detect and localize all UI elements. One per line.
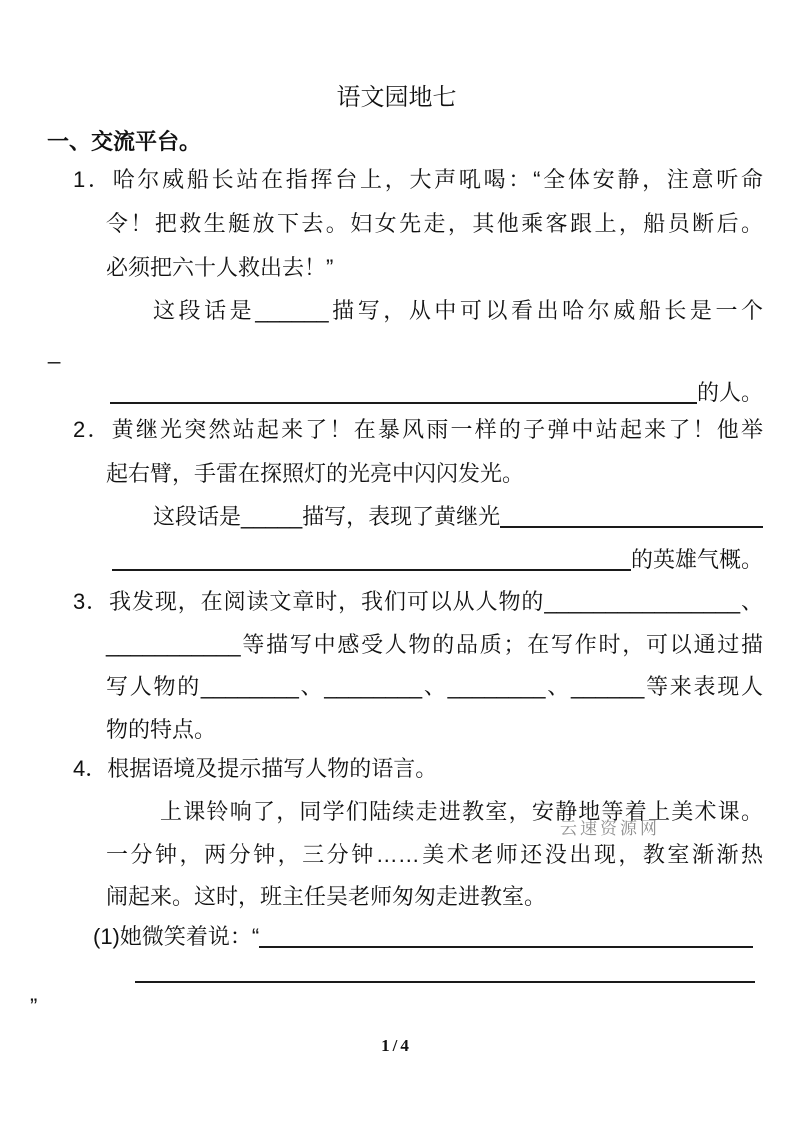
item4-text-line1: 4．根据语境及提示描写人物的语言。: [73, 755, 437, 782]
answer-blank-line: [500, 525, 763, 528]
closing-quote: ”: [30, 993, 37, 1020]
item1-text-line1: 1．哈尔威船长站在指挥台上，大声吼喝：“全体安静，注意听命: [73, 166, 763, 193]
item2-text-line2: 起右臂，手雷在探照灯的光亮中闪闪发光。: [106, 460, 524, 487]
item1-text-line2: 令！把救生艇放下去。妇女先走，其他乘客跟上，船员断后。: [106, 210, 763, 237]
item4-paragraph-line1: 上课铃响了，同学们陆续走进教室，安静地等着上美术课。: [160, 798, 763, 825]
item1-answer-prompt: 这段话是______描写，从中可以看出哈尔威船长是一个: [153, 297, 763, 324]
item2-answer-tail-text: 的英雄气概。: [631, 546, 763, 573]
worksheet-page: 云速资源网 语文园地七 一、交流平台。 1．哈尔威船长站在指挥台上，大声吼喝：“…: [0, 0, 793, 1122]
item4-q1-prefix-text: (1)她微笑着说：“: [93, 923, 259, 950]
item3-text-line4: 物的特点。: [106, 716, 216, 743]
item1-text-line3: 必须把六十人救出去！”: [106, 254, 333, 281]
item2-answer-tail-line: 的英雄气概。: [112, 546, 763, 573]
answer-blank-line: [112, 568, 631, 571]
item2-answer-prompt-line: 这段话是_____描写，表现了黄继光: [153, 503, 763, 530]
item3-text-line2: ___________等描写中感受人物的品质；在写作时，可以通过描: [106, 631, 763, 658]
item4-paragraph-line2: 一分钟，两分钟，三分钟……美术老师还没出现，教室渐渐热: [106, 841, 763, 868]
q1-continuation-blank-line: [135, 981, 755, 983]
item2-answer-prompt-text: 这段话是_____描写，表现了黄继光: [153, 503, 500, 530]
answer-blank-line: [259, 945, 753, 948]
item3-text-line3: 写人物的________、________、________、______等来表…: [106, 673, 763, 700]
item2-text-line1: 2．黄继光突然站起来了！在暴风雨一样的子弹中站起来了！他举: [73, 416, 763, 443]
page-indicator: 1/4: [0, 1036, 793, 1056]
item1-answer-tail-text: 的人。: [697, 379, 763, 406]
answer-blank-line: [110, 401, 697, 404]
item3-text-line1: 3．我发现，在阅读文章时，我们可以从人物的________________、: [73, 588, 763, 615]
item1-answer-tail-line: 的人。: [110, 379, 763, 406]
section-heading: 一、交流平台。: [47, 128, 201, 155]
item4-paragraph-line3: 闹起来。这时，班主任吴老师匆匆走进教室。: [106, 883, 546, 910]
page-title: 语文园地七: [0, 84, 793, 111]
stray-underscore: _: [48, 338, 60, 365]
item4-q1-line: (1)她微笑着说：“: [93, 923, 753, 950]
